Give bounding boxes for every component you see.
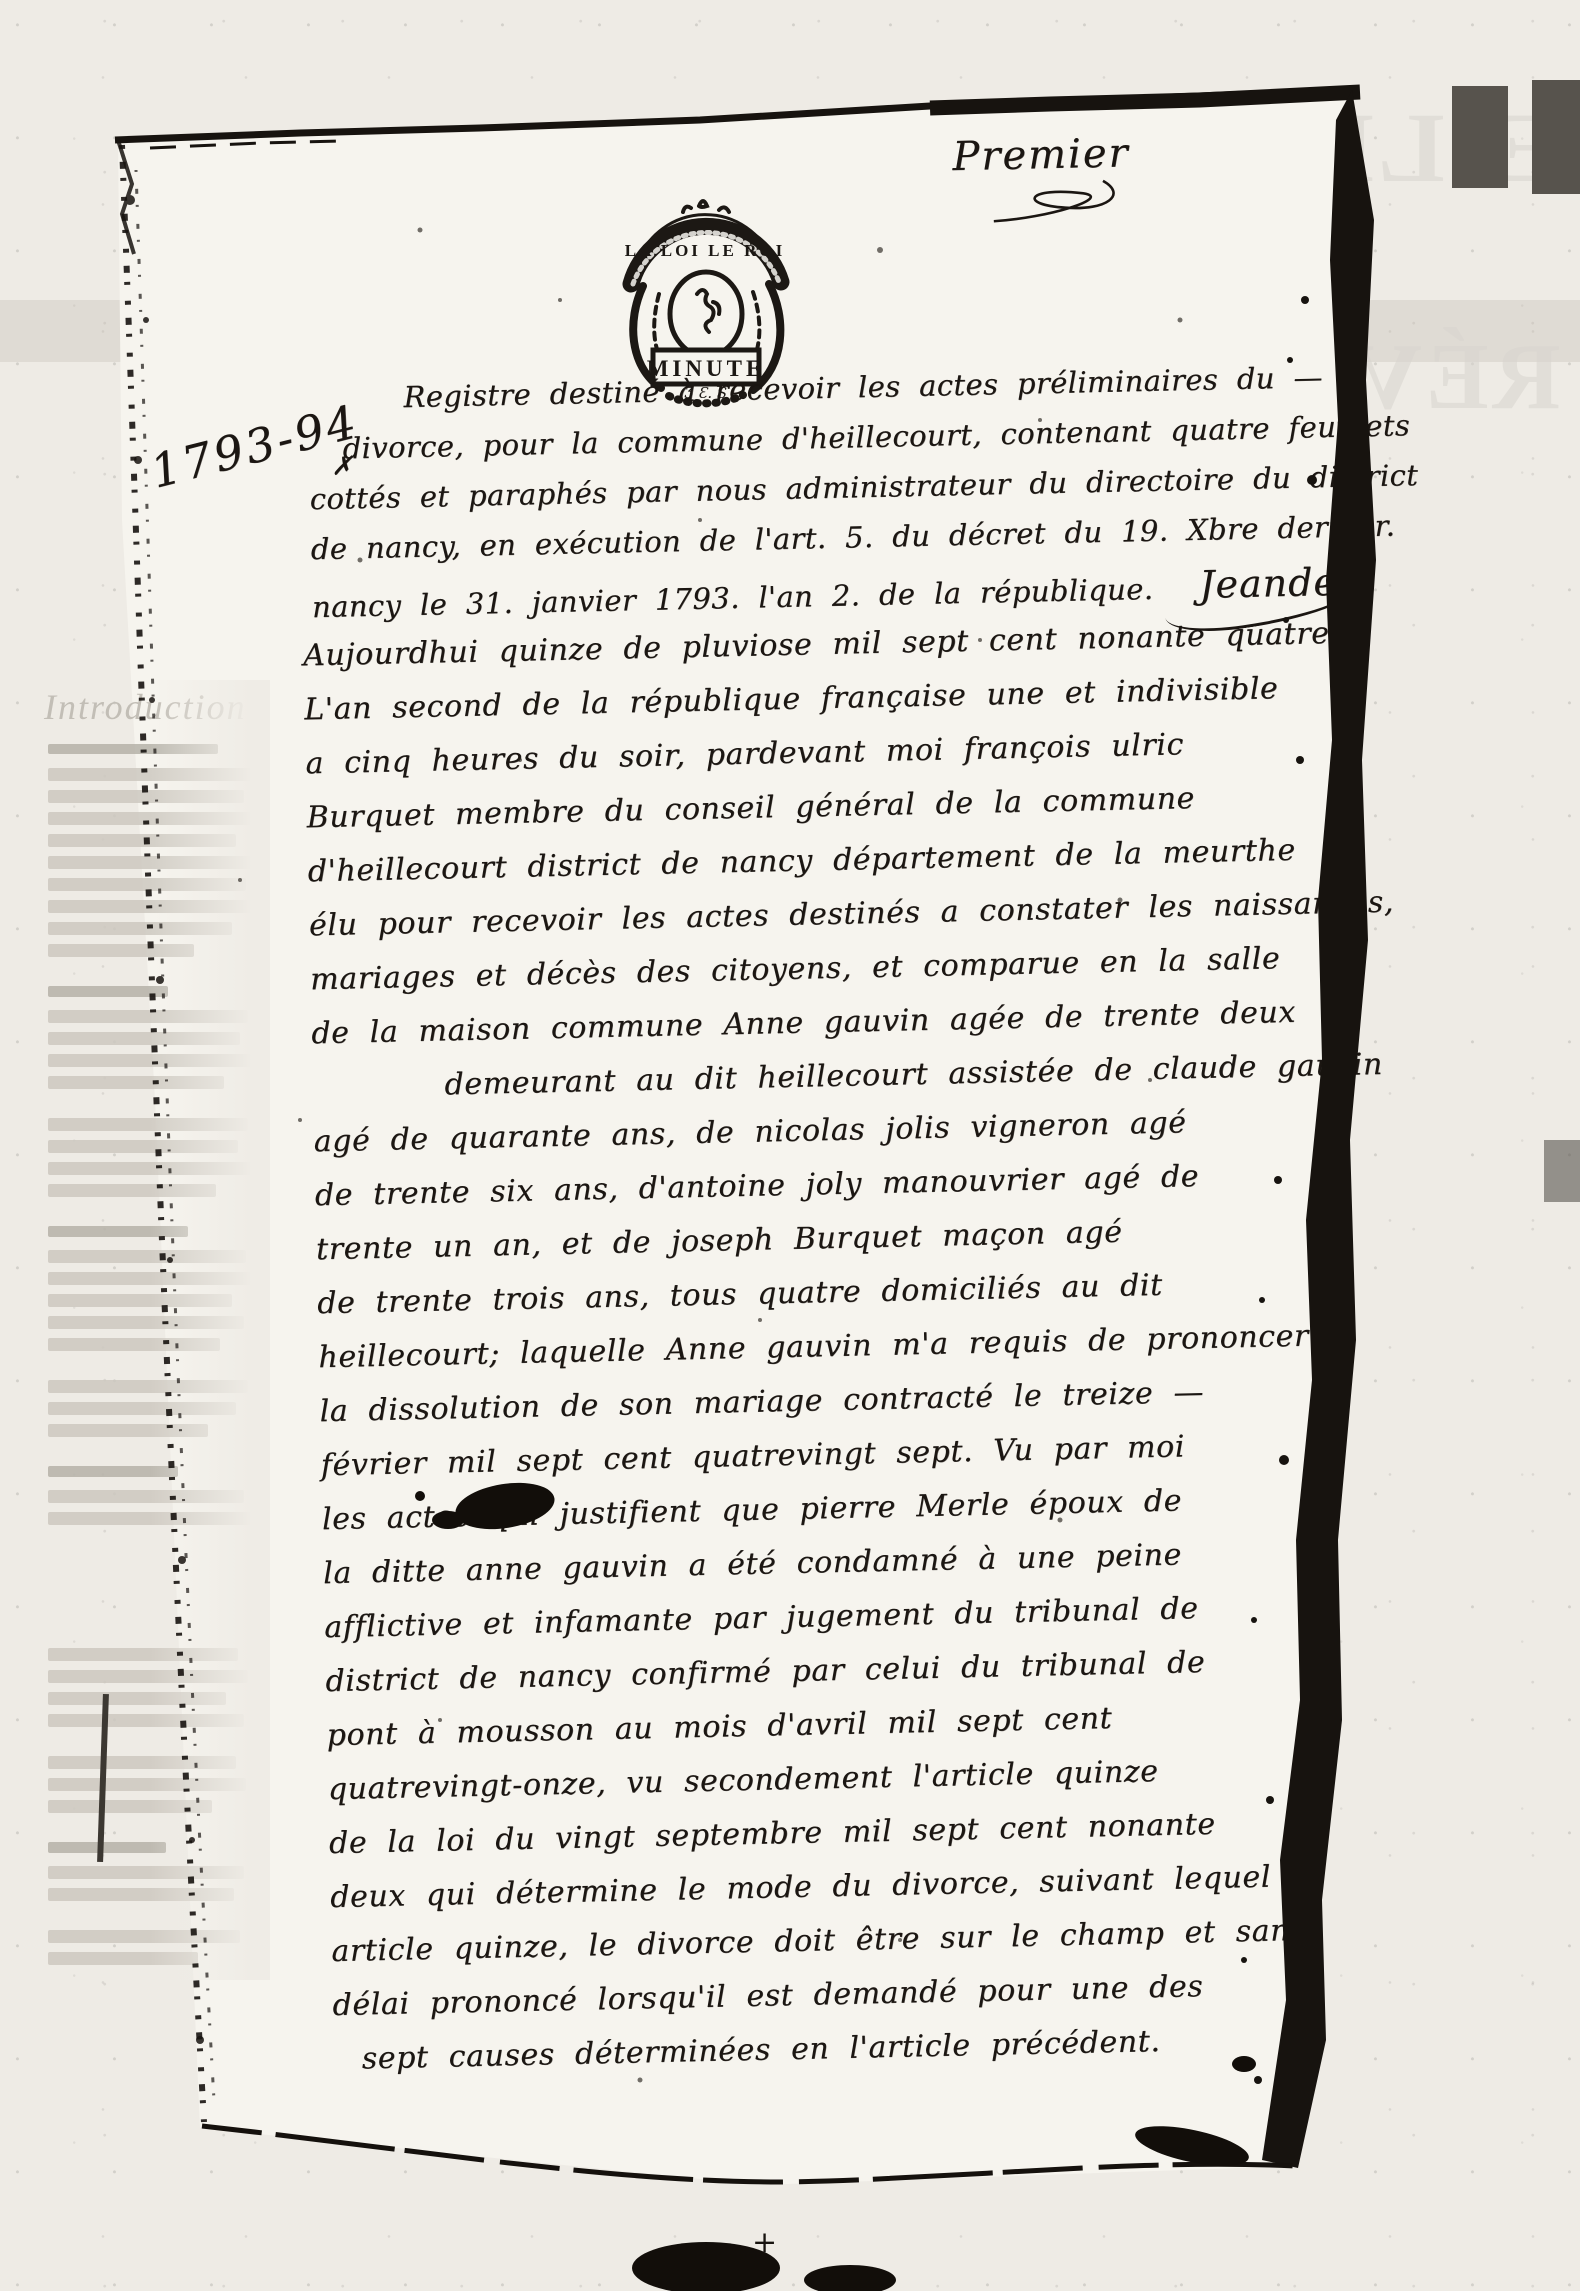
page-number-annotation: Premier (952, 130, 1130, 180)
header-line-text: nancy le 31. janvier 1793. l'an 2. de la… (312, 572, 1154, 624)
annotation-flourish (987, 176, 1138, 225)
page-annotation-text: Premier (952, 130, 1130, 180)
register-header: Registre destiné à recevoir les actes pr… (307, 360, 1322, 632)
scanned-document-page: ER A HEILLECOURT VIVRE HEILLECOURT SOUS … (0, 0, 1580, 2291)
official-signature: Jeandel (1199, 560, 1351, 607)
act-body-text: Aujourdhui quinze de pluviose mil sept c… (303, 616, 1355, 2096)
